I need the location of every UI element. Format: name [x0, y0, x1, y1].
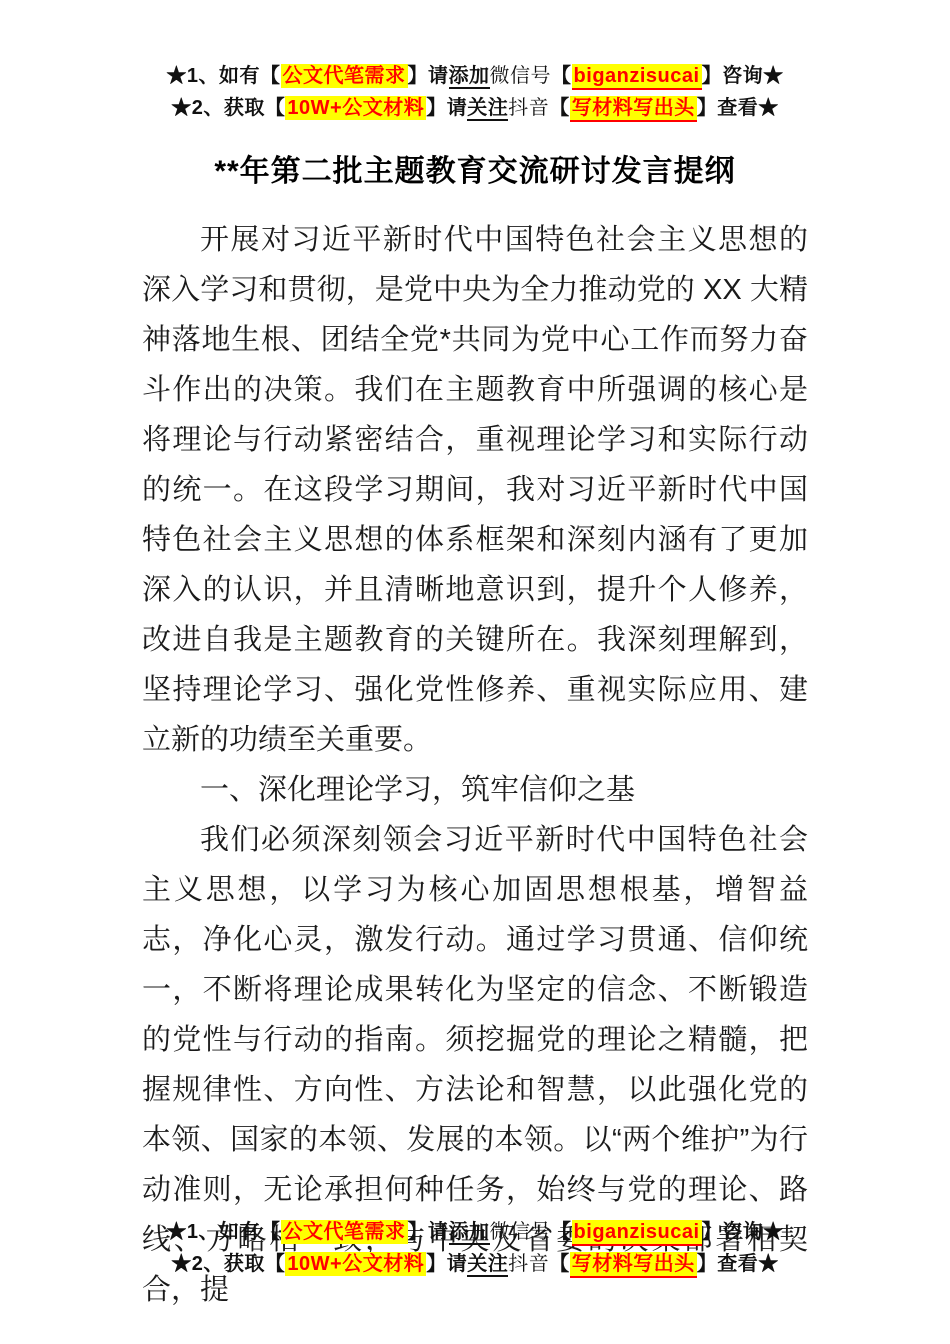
promo-text: 【 [549, 1253, 570, 1275]
promo-text: ★2、获取【 [171, 97, 285, 119]
promo-text: 【 [549, 97, 570, 119]
footer-promo-line-1: ★1、如有【公文代笔需求】请添加微信号【biganzisucai】咨询★ [0, 1216, 950, 1248]
promo-wechat-id: biganzisucai [572, 64, 702, 90]
promo-highlight-keyword: 10W+公文材料 [285, 96, 426, 120]
promo-underlined-word: 添加 [449, 1221, 490, 1245]
header-promo-line-1: ★1、如有【公文代笔需求】请添加微信号【biganzisucai】咨询★ [0, 60, 950, 92]
promo-text: 】请 [408, 1221, 449, 1243]
promo-highlight-keyword: 10W+公文材料 [285, 1252, 426, 1276]
promo-text: ★1、如有【 [166, 1221, 280, 1243]
promo-highlight-keyword: 公文代笔需求 [281, 64, 408, 88]
promo-text: 微信号 [490, 65, 552, 87]
promo-douyin-id: 写材料写出头 [570, 1252, 697, 1278]
footer-promo-line-2: ★2、获取【10W+公文材料】请关注抖音【写材料写出头】查看★ [0, 1248, 950, 1280]
promo-text: 】查看★ [697, 1253, 779, 1275]
promo-text: 】请 [426, 97, 467, 119]
body-paragraph-1: 开展对习近平新时代中国特色社会主义思想的深入学习和贯彻，是党中央为全力推动党的 … [142, 215, 808, 765]
promo-text: ★2、获取【 [171, 1253, 285, 1275]
promo-underlined-word: 关注 [467, 97, 508, 121]
promo-text: 微信号 [490, 1221, 552, 1243]
promo-text: ★1、如有【 [166, 65, 280, 87]
section-heading-1: 一、深化理论学习，筑牢信仰之基 [142, 765, 808, 815]
header-promo-line-2: ★2、获取【10W+公文材料】请关注抖音【写材料写出头】查看★ [0, 92, 950, 124]
promo-underlined-word: 添加 [449, 65, 490, 89]
promo-text: 【 [551, 65, 572, 87]
document-body: 开展对习近平新时代中国特色社会主义思想的深入学习和贯彻，是党中央为全力推动党的 … [142, 215, 808, 1315]
promo-text: 】查看★ [697, 97, 779, 119]
promo-text: 】咨询★ [702, 65, 784, 87]
promo-text: 抖音 [508, 1253, 549, 1275]
footer-promo-banner: ★1、如有【公文代笔需求】请添加微信号【biganzisucai】咨询★ ★2、… [0, 1216, 950, 1280]
promo-text: 抖音 [508, 97, 549, 119]
promo-douyin-id: 写材料写出头 [570, 96, 697, 122]
promo-highlight-keyword: 公文代笔需求 [281, 1220, 408, 1244]
promo-text: 【 [551, 1221, 572, 1243]
promo-text: 】请 [426, 1253, 467, 1275]
promo-text: 】咨询★ [702, 1221, 784, 1243]
document-page: ★1、如有【公文代笔需求】请添加微信号【biganzisucai】咨询★ ★2、… [0, 0, 950, 1344]
header-promo-banner: ★1、如有【公文代笔需求】请添加微信号【biganzisucai】咨询★ ★2、… [0, 60, 950, 124]
promo-underlined-word: 关注 [467, 1253, 508, 1277]
promo-wechat-id: biganzisucai [572, 1220, 702, 1246]
promo-text: 】请 [408, 65, 449, 87]
document-title: **年第二批主题教育交流研讨发言提纲 [0, 146, 950, 190]
